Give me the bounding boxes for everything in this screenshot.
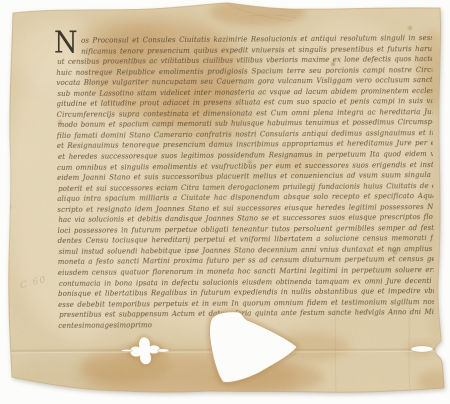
parchment-damage bbox=[0, 0, 450, 404]
tear-hole-large bbox=[210, 312, 297, 383]
fold-slit-right bbox=[411, 346, 433, 352]
fold-slit-left bbox=[121, 349, 133, 351]
tear-hole-quatrefoil bbox=[130, 337, 160, 364]
fold-slit-mid bbox=[157, 349, 169, 352]
parchment-photo: N os Proconsul et Consules Ciuitatis kaz… bbox=[0, 0, 450, 404]
